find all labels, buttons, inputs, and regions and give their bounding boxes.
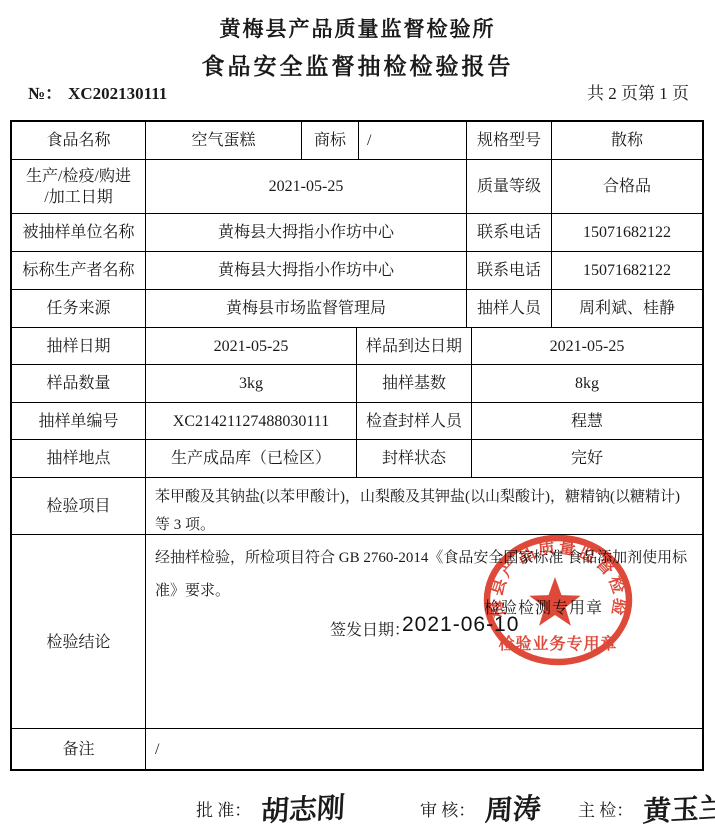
quality-grade-value: 合格品 xyxy=(552,160,702,213)
conclusion-label: 检验结论 xyxy=(12,535,146,728)
report-number-value: XC202130111 xyxy=(68,84,167,103)
production-date-value: 2021-05-25 xyxy=(146,160,467,213)
food-name-value: 空气蛋糕 xyxy=(146,122,302,159)
table-row: 生产/检疫/购进 /加工日期 2021-05-25 质量等级 合格品 xyxy=(12,160,702,214)
phone-value-2: 15071682122 xyxy=(552,252,702,289)
table-row: 抽样日期 2021-05-25 样品到达日期 2021-05-25 xyxy=(12,328,702,365)
trademark-label: 商标 xyxy=(302,122,359,159)
seal-star xyxy=(529,577,580,626)
sample-base-label: 抽样基数 xyxy=(357,365,472,402)
trademark-value: / xyxy=(359,122,467,159)
phone-value-1: 15071682122 xyxy=(552,214,702,251)
sampling-date-value: 2021-05-25 xyxy=(146,328,357,364)
sampler-value: 周利斌、桂静 xyxy=(552,290,702,327)
spec-model-value: 散称 xyxy=(552,122,702,159)
conclusion-cell: 经抽样检验，所检项目符合 GB 2760-2014《食品安全国家标准 食品添加剂… xyxy=(146,535,702,728)
table-row: 食品名称 空气蛋糕 商标 / 规格型号 散称 xyxy=(12,122,702,160)
sample-base-value: 8kg xyxy=(472,365,702,402)
arrival-date-value: 2021-05-25 xyxy=(472,328,702,364)
approve-signature: 胡志刚 xyxy=(260,786,346,826)
review-group: 审 核： 周涛 xyxy=(420,788,541,826)
sample-qty-label: 样品数量 xyxy=(12,365,146,402)
report-table: 食品名称 空气蛋糕 商标 / 规格型号 散称 生产/检疫/购进 /加工日期 20… xyxy=(10,120,704,771)
table-row: 检验项目 苯甲酸及其钠盐(以苯甲酸计)，山梨酸及其钾盐(以山梨酸计)，糖精钠(以… xyxy=(12,478,702,535)
review-label: 审 核： xyxy=(420,796,475,821)
task-source-value: 黄梅县市场监督管理局 xyxy=(146,290,467,327)
seal-status-label: 封样状态 xyxy=(357,440,472,477)
table-row: 被抽样单位名称 黄梅县大拇指小作坊中心 联系电话 15071682122 xyxy=(12,214,702,252)
signature-row: 批 准： 胡志刚 审 核： 周涛 主 检： 黄玉兰 xyxy=(0,782,715,826)
table-row: 抽样地点 生产成品库（已检区） 封样状态 完好 xyxy=(12,440,702,478)
review-signature: 周涛 xyxy=(484,786,542,826)
approve-group: 批 准： 胡志刚 xyxy=(196,788,345,826)
sampled-unit-label: 被抽样单位名称 xyxy=(12,214,146,251)
table-row: 检验结论 经抽样检验，所检项目符合 GB 2760-2014《食品安全国家标准 … xyxy=(12,535,702,729)
sampling-form-no-label: 抽样单编号 xyxy=(12,403,146,439)
food-name-label: 食品名称 xyxy=(12,122,146,159)
table-row: 备注 / xyxy=(12,729,702,769)
test-items-value: 苯甲酸及其钠盐(以苯甲酸计)，山梨酸及其钾盐(以山梨酸计)，糖精钠(以糖精计)等… xyxy=(146,478,702,534)
phone-label-1: 联系电话 xyxy=(467,214,552,251)
report-number: №：XC202130111 xyxy=(28,79,167,104)
test-items-label: 检验项目 xyxy=(12,478,146,534)
sampling-place-value: 生产成品库（已检区） xyxy=(146,440,357,477)
producer-name-value: 黄梅县大拇指小作坊中心 xyxy=(146,252,467,289)
issue-date-label: 签发日期： xyxy=(330,620,410,641)
report-number-label: №： xyxy=(28,84,62,103)
arrival-date-label: 样品到达日期 xyxy=(357,328,472,364)
production-date-label: 生产/检疫/购进 /加工日期 xyxy=(12,160,146,213)
seal-status-value: 完好 xyxy=(472,440,702,477)
table-row: 样品数量 3kg 抽样基数 8kg xyxy=(12,365,702,403)
official-seal: 黄梅县产品质量监督检验所 检验业务专用章 xyxy=(481,533,635,669)
table-row: 任务来源 黄梅县市场监督管理局 抽样人员 周利斌、桂静 xyxy=(12,290,702,328)
sample-qty-value: 3kg xyxy=(146,365,357,402)
inspect-label: 主 检： xyxy=(578,796,633,821)
org-title: 黄梅县产品质量监督检验所 xyxy=(0,13,715,43)
sampler-label: 抽样人员 xyxy=(467,290,552,327)
sampling-place-label: 抽样地点 xyxy=(12,440,146,477)
sampling-date-label: 抽样日期 xyxy=(12,328,146,364)
remarks-value: / xyxy=(146,729,702,769)
seal-bottom-text: 检验业务专用章 xyxy=(498,634,617,653)
approve-label: 批 准： xyxy=(196,796,251,821)
task-source-label: 任务来源 xyxy=(12,290,146,327)
remarks-label: 备注 xyxy=(12,729,146,769)
quality-grade-label: 质量等级 xyxy=(467,160,552,213)
issue-date-value: 2021-06-10 xyxy=(402,614,519,635)
inspect-signature: 黄玉兰 xyxy=(642,786,715,826)
phone-label-2: 联系电话 xyxy=(467,252,552,289)
spec-model-label: 规格型号 xyxy=(467,122,552,159)
page-info: 共 2 页第 1 页 xyxy=(587,79,689,104)
producer-name-label: 标称生产者名称 xyxy=(12,252,146,289)
sampling-form-no-value: XC21421127488030111 xyxy=(146,403,357,439)
table-row: 标称生产者名称 黄梅县大拇指小作坊中心 联系电话 15071682122 xyxy=(12,252,702,290)
report-title: 食品安全监督抽检检验报告 xyxy=(0,48,715,81)
table-row: 抽样单编号 XC21421127488030111 检查封样人员 程慧 xyxy=(12,403,702,440)
sealer-label: 检查封样人员 xyxy=(357,403,472,439)
sealer-value: 程慧 xyxy=(472,403,702,439)
inspect-group: 主 检： 黄玉兰 xyxy=(578,788,715,826)
sampled-unit-value: 黄梅县大拇指小作坊中心 xyxy=(146,214,467,251)
inspection-report-page: 黄梅县产品质量监督检验所 食品安全监督抽检检验报告 №：XC202130111 … xyxy=(0,0,715,826)
